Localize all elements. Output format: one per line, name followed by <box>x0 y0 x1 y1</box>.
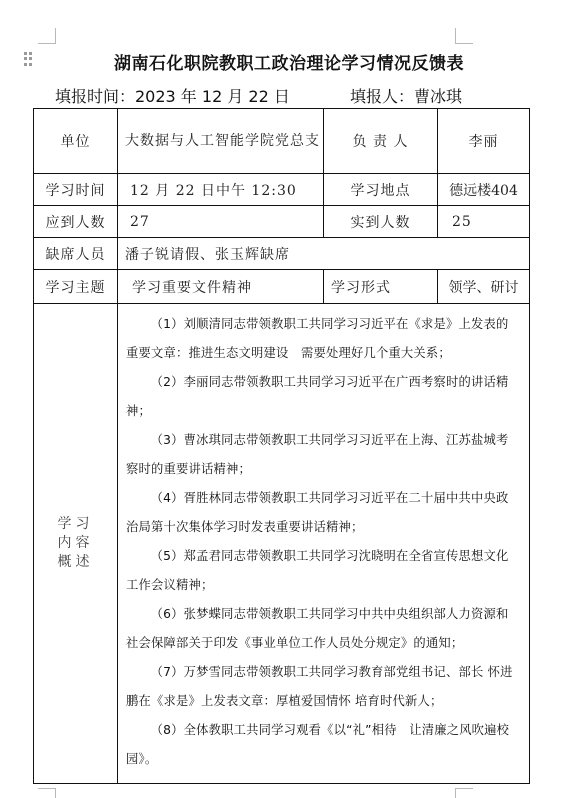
topic-value[interactable]: 学习重要文件精神 <box>118 270 324 304</box>
format-label: 学习形式 <box>324 270 438 304</box>
page-corner-mark-bottom-left <box>38 788 56 798</box>
content-label: 学习 内容 概述 <box>34 515 117 572</box>
content-item: （8）全体教职工共同学习观看《以“礼”相待 让清廉之风吹遍校园》。 <box>126 716 521 774</box>
content-item: （7）万梦雪同志带领教职工共同学习教育部党组书记、部长 怀进鹏在《求是》上发表文… <box>126 658 521 716</box>
page-corner-mark-bottom-right <box>455 788 473 798</box>
page-corner-mark-top-left <box>38 28 56 44</box>
content-item: （6）张梦蝶同志带领教职工共同学习中共中央组织部人力资源和社会保障部关于印发《事… <box>126 600 521 658</box>
table-row: 学习主题 学习重要文件精神 学习形式 领学、研讨 <box>34 270 530 304</box>
owner-value[interactable]: 李丽 <box>438 109 530 174</box>
place-label: 学习地点 <box>324 174 438 206</box>
content-summary[interactable]: （1）刘顺清同志带领教职工共同学习习近平在《求是》上发表的重要文章：推进生态文明… <box>118 304 530 784</box>
content-item: （1）刘顺清同志带领教职工共同学习习近平在《求是》上发表的重要文章：推进生态文明… <box>126 310 521 368</box>
table-row: 学习时间 12 月 22 日中午 12:30 学习地点 德远楼404 <box>34 174 530 206</box>
table-row: 缺席人员 潘子锐请假、张玉辉缺席 <box>34 238 530 270</box>
content-item: （4）胥胜林同志带领教职工共同学习习近平在二十届中共中央政治局第十次集体学习时发… <box>126 484 521 542</box>
content-item: （5）郑孟君同志带领教职工共同学习沈晓明在全省宣传思想文化工作会议精神； <box>126 542 521 600</box>
table-row: 应到人数 27 实到人数 25 <box>34 206 530 238</box>
reporter: 填报人：曹冰琪 <box>350 84 462 107</box>
content-item: （3）曹冰琪同志带领教职工共同学习习近平在上海、江苏盐城考察时的重要讲话精神； <box>126 426 521 484</box>
unit-label: 单位 <box>34 109 118 174</box>
format-value[interactable]: 领学、研讨 <box>438 270 530 304</box>
page-corner-mark-top-right <box>455 28 473 44</box>
report-date: 填报时间：2023 年 12 月 22 日 <box>55 84 290 107</box>
absent-value[interactable]: 潘子锐请假、张玉辉缺席 <box>118 238 530 270</box>
actual-count-label: 实到人数 <box>324 206 438 238</box>
owner-label: 负 责 人 <box>324 109 438 174</box>
time-label: 学习时间 <box>34 174 118 206</box>
time-value[interactable]: 12 月 22 日中午 12:30 <box>118 174 324 206</box>
document-title: 湖南石化职院教职工政治理论学习情况反馈表 <box>0 49 578 74</box>
topic-label: 学习主题 <box>34 270 118 304</box>
unit-value[interactable]: 大数据与人工智能学院党总支 <box>118 109 324 174</box>
table-row: 单位 大数据与人工智能学院党总支 负 责 人 李丽 <box>34 109 530 174</box>
content-item: （2）李丽同志带领教职工共同学习习近平在广西考察时的讲话精神； <box>126 368 521 426</box>
expected-count-value[interactable]: 27 <box>118 206 324 238</box>
content-label-cell: 学习 内容 概述 <box>34 304 118 784</box>
actual-count-value[interactable]: 25 <box>438 206 530 238</box>
expected-count-label: 应到人数 <box>34 206 118 238</box>
absent-label: 缺席人员 <box>34 238 118 270</box>
table-row: 学习 内容 概述 （1）刘顺清同志带领教职工共同学习习近平在《求是》上发表的重要… <box>34 304 530 784</box>
place-value[interactable]: 德远楼404 <box>438 174 530 206</box>
feedback-form-table: 单位 大数据与人工智能学院党总支 负 责 人 李丽 学习时间 12 月 22 日… <box>33 108 530 784</box>
